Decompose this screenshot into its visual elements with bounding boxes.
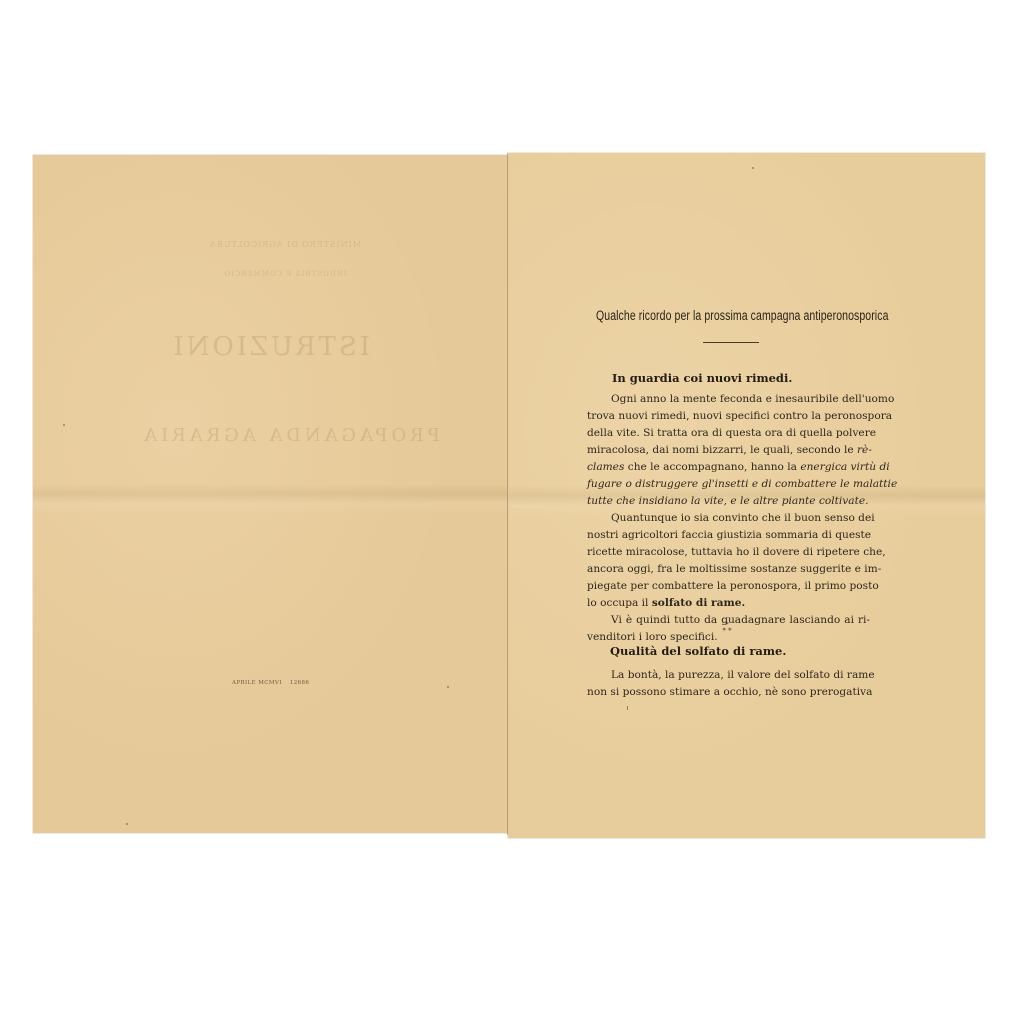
text-segment: solfato di rame. xyxy=(652,597,745,609)
printer-imprint: APRILE MCMVI12686 xyxy=(232,680,309,686)
text-line: lo occupa il solfato di rame. xyxy=(587,595,870,612)
bleed-through-line: MINISTERO DI AGRICOLTURA xyxy=(150,240,420,249)
text-line: Quantunque io sia convinto che il buon s… xyxy=(587,510,870,527)
text-segment: trova nuovi rimedi, nuovi specifici cont… xyxy=(587,410,892,422)
text-line: della vite. Si tratta ora di questa ora … xyxy=(587,425,870,442)
text-line: tutte che insidiano la vite, e le altre … xyxy=(587,493,870,510)
paper-speck xyxy=(447,686,449,688)
text-segment: Ogni anno la mente feconda e inesauribil… xyxy=(611,393,894,405)
text-segment: che le accompagnano, hanno la xyxy=(624,461,800,473)
section-heading: Qualità del solfato di rame. xyxy=(610,644,786,658)
text-line: ricette miracolose, tuttavia ho il dover… xyxy=(587,544,870,561)
text-segment: nostri agricoltori faccia giustizia somm… xyxy=(587,529,871,541)
text-segment: ancora oggi, fra le moltissime sostanze … xyxy=(587,563,881,575)
bleed-through-line: ISTRUZIONI xyxy=(200,332,370,362)
text-segment: ricette miracolose, tuttavia ho il dover… xyxy=(587,546,886,558)
text-segment: venditori i loro specifici. xyxy=(587,631,718,643)
paper-speck xyxy=(627,706,628,710)
text-segment: clames xyxy=(587,461,624,473)
text-line: nostri agricoltori faccia giustizia somm… xyxy=(587,527,870,544)
section-body: La bontà, la purezza, il valore del solf… xyxy=(587,667,870,701)
section-body: Ogni anno la mente feconda e inesauribil… xyxy=(587,391,870,646)
paper-speck xyxy=(752,167,754,169)
asterism-separator-icon: ** * xyxy=(719,622,735,634)
text-line: miracolosa, dai nomi bizzarri, le quali,… xyxy=(587,442,870,459)
document-title: Qualche ricordo per la prossima campagna… xyxy=(596,308,811,323)
bleed-through-line: INDUSTRIA E COMMERCIO xyxy=(180,270,390,278)
text-line: piegate per combattere la peronospora, i… xyxy=(587,578,870,595)
imprint-date: APRILE MCMVI xyxy=(232,680,282,686)
text-segment: della vite. Si tratta ora di questa ora … xyxy=(587,427,876,439)
title-divider xyxy=(703,342,759,343)
text-segment: lo occupa il xyxy=(587,597,652,609)
bleed-through-line: PROPAGANDA AGRARIA xyxy=(140,425,440,446)
text-segment: miracolosa, dai nomi bizzarri, le quali,… xyxy=(587,444,857,456)
text-segment: tutte che insidiano la vite, e le altre … xyxy=(587,495,869,507)
text-line: fugare o distruggere gl'insetti e di com… xyxy=(587,476,870,493)
text-line: clames che le accompagnano, hanno la ene… xyxy=(587,459,870,476)
text-segment: Vi è quindi tutto da guadagnare lasciand… xyxy=(611,614,870,626)
text-segment: piegate per combattere la peronospora, i… xyxy=(587,580,879,592)
text-segment: fugare o distruggere gl'insetti e di com… xyxy=(587,478,897,490)
left-page xyxy=(33,155,508,833)
imprint-code: 12686 xyxy=(290,680,310,686)
text-line: La bontà, la purezza, il valore del solf… xyxy=(587,667,870,684)
text-segment: non si possono stimare a occhio, nè sono… xyxy=(587,686,872,698)
section-heading: In guardia coi nuovi rimedi. xyxy=(612,371,792,385)
text-segment: La bontà, la purezza, il valore del solf… xyxy=(611,669,875,681)
text-line: Ogni anno la mente feconda e inesauribil… xyxy=(587,391,870,408)
text-line: non si possono stimare a occhio, nè sono… xyxy=(587,684,870,701)
paper-speck xyxy=(126,823,128,825)
text-segment: energica virtù di xyxy=(800,461,889,473)
paper-speck xyxy=(63,424,65,426)
text-line: trova nuovi rimedi, nuovi specifici cont… xyxy=(587,408,870,425)
center-fold xyxy=(507,153,509,835)
text-line: ancora oggi, fra le moltissime sostanze … xyxy=(587,561,870,578)
text-segment: Quantunque io sia convinto che il buon s… xyxy=(611,512,875,524)
text-segment: rè- xyxy=(857,444,872,456)
